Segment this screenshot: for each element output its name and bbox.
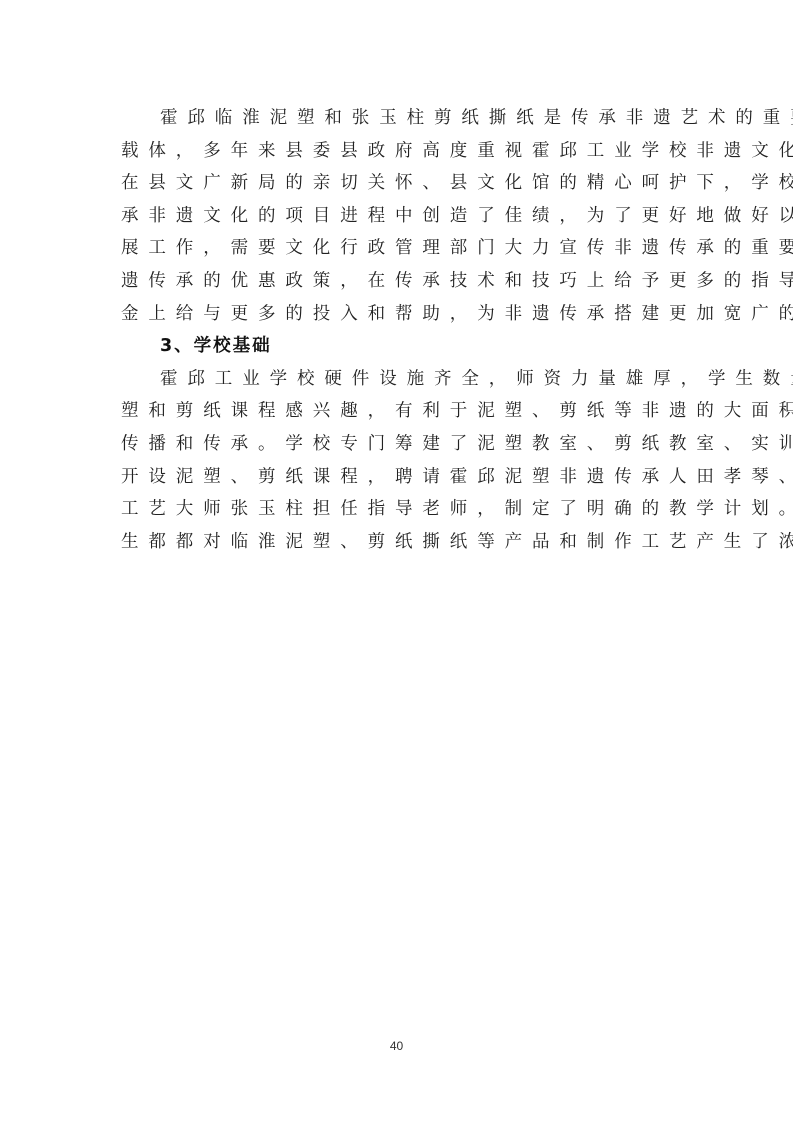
paragraph-heritage-platform: 霍邱临淮泥塑和张玉柱剪纸撕纸是传承非遗艺术的重要平台和 载体，多年来县委县政府高… bbox=[121, 102, 681, 330]
text-line: 生都都对临淮泥塑、剪纸撕纸等产品和制作工艺产生了浓厚的兴趣。 bbox=[121, 526, 681, 559]
document-page: 霍邱临淮泥塑和张玉柱剪纸撕纸是传承非遗艺术的重要平台和 载体，多年来县委县政府高… bbox=[0, 0, 793, 1122]
text-line: 霍邱工业学校硬件设施齐全，师资力量雄厚，学生数量多，对泥 bbox=[121, 363, 681, 396]
page-number: 40 bbox=[0, 1039, 793, 1053]
text-line: 开设泥塑、剪纸课程，聘请霍邱泥塑非遗传承人田孝琴、安徽省民间 bbox=[121, 461, 681, 494]
paragraph-school-foundation: 霍邱工业学校硬件设施齐全，师资力量雄厚，学生数量多，对泥 塑和剪纸课程感兴趣，有… bbox=[121, 363, 681, 559]
text-line: 承非遗文化的项目进程中创造了佳绩，为了更好地做好以后的传承发 bbox=[121, 200, 681, 233]
text-line: 塑和剪纸课程感兴趣，有利于泥塑、剪纸等非遗的大面积和大容量的 bbox=[121, 395, 681, 428]
section-heading: 3、学校基础 bbox=[121, 330, 681, 363]
text-line: 霍邱临淮泥塑和张玉柱剪纸撕纸是传承非遗艺术的重要平台和 bbox=[121, 102, 681, 135]
text-line: 在县文广新局的亲切关怀、县文化馆的精心呵护下，学校在致力于传 bbox=[121, 167, 681, 200]
text-line: 传播和传承。学校专门筹建了泥塑教室、剪纸教室、实训中心场馆， bbox=[121, 428, 681, 461]
text-line: 展工作，需要文化行政管理部门大力宣传非遗传承的重要性，制定非 bbox=[121, 232, 681, 265]
document-body: 霍邱临淮泥塑和张玉柱剪纸撕纸是传承非遗艺术的重要平台和 载体，多年来县委县政府高… bbox=[121, 102, 681, 558]
text-line: 金上给与更多的投入和帮助，为非遗传承搭建更加宽广的舞台。 bbox=[121, 298, 681, 331]
text-line: 工艺大师张玉柱担任指导老师，制定了明确的教学计划。现在全校师 bbox=[121, 493, 681, 526]
text-line: 载体，多年来县委县政府高度重视霍邱工业学校非遗文化传承工作， bbox=[121, 135, 681, 168]
text-line: 遗传承的优惠政策，在传承技术和技巧上给予更多的指导，在项目资 bbox=[121, 265, 681, 298]
